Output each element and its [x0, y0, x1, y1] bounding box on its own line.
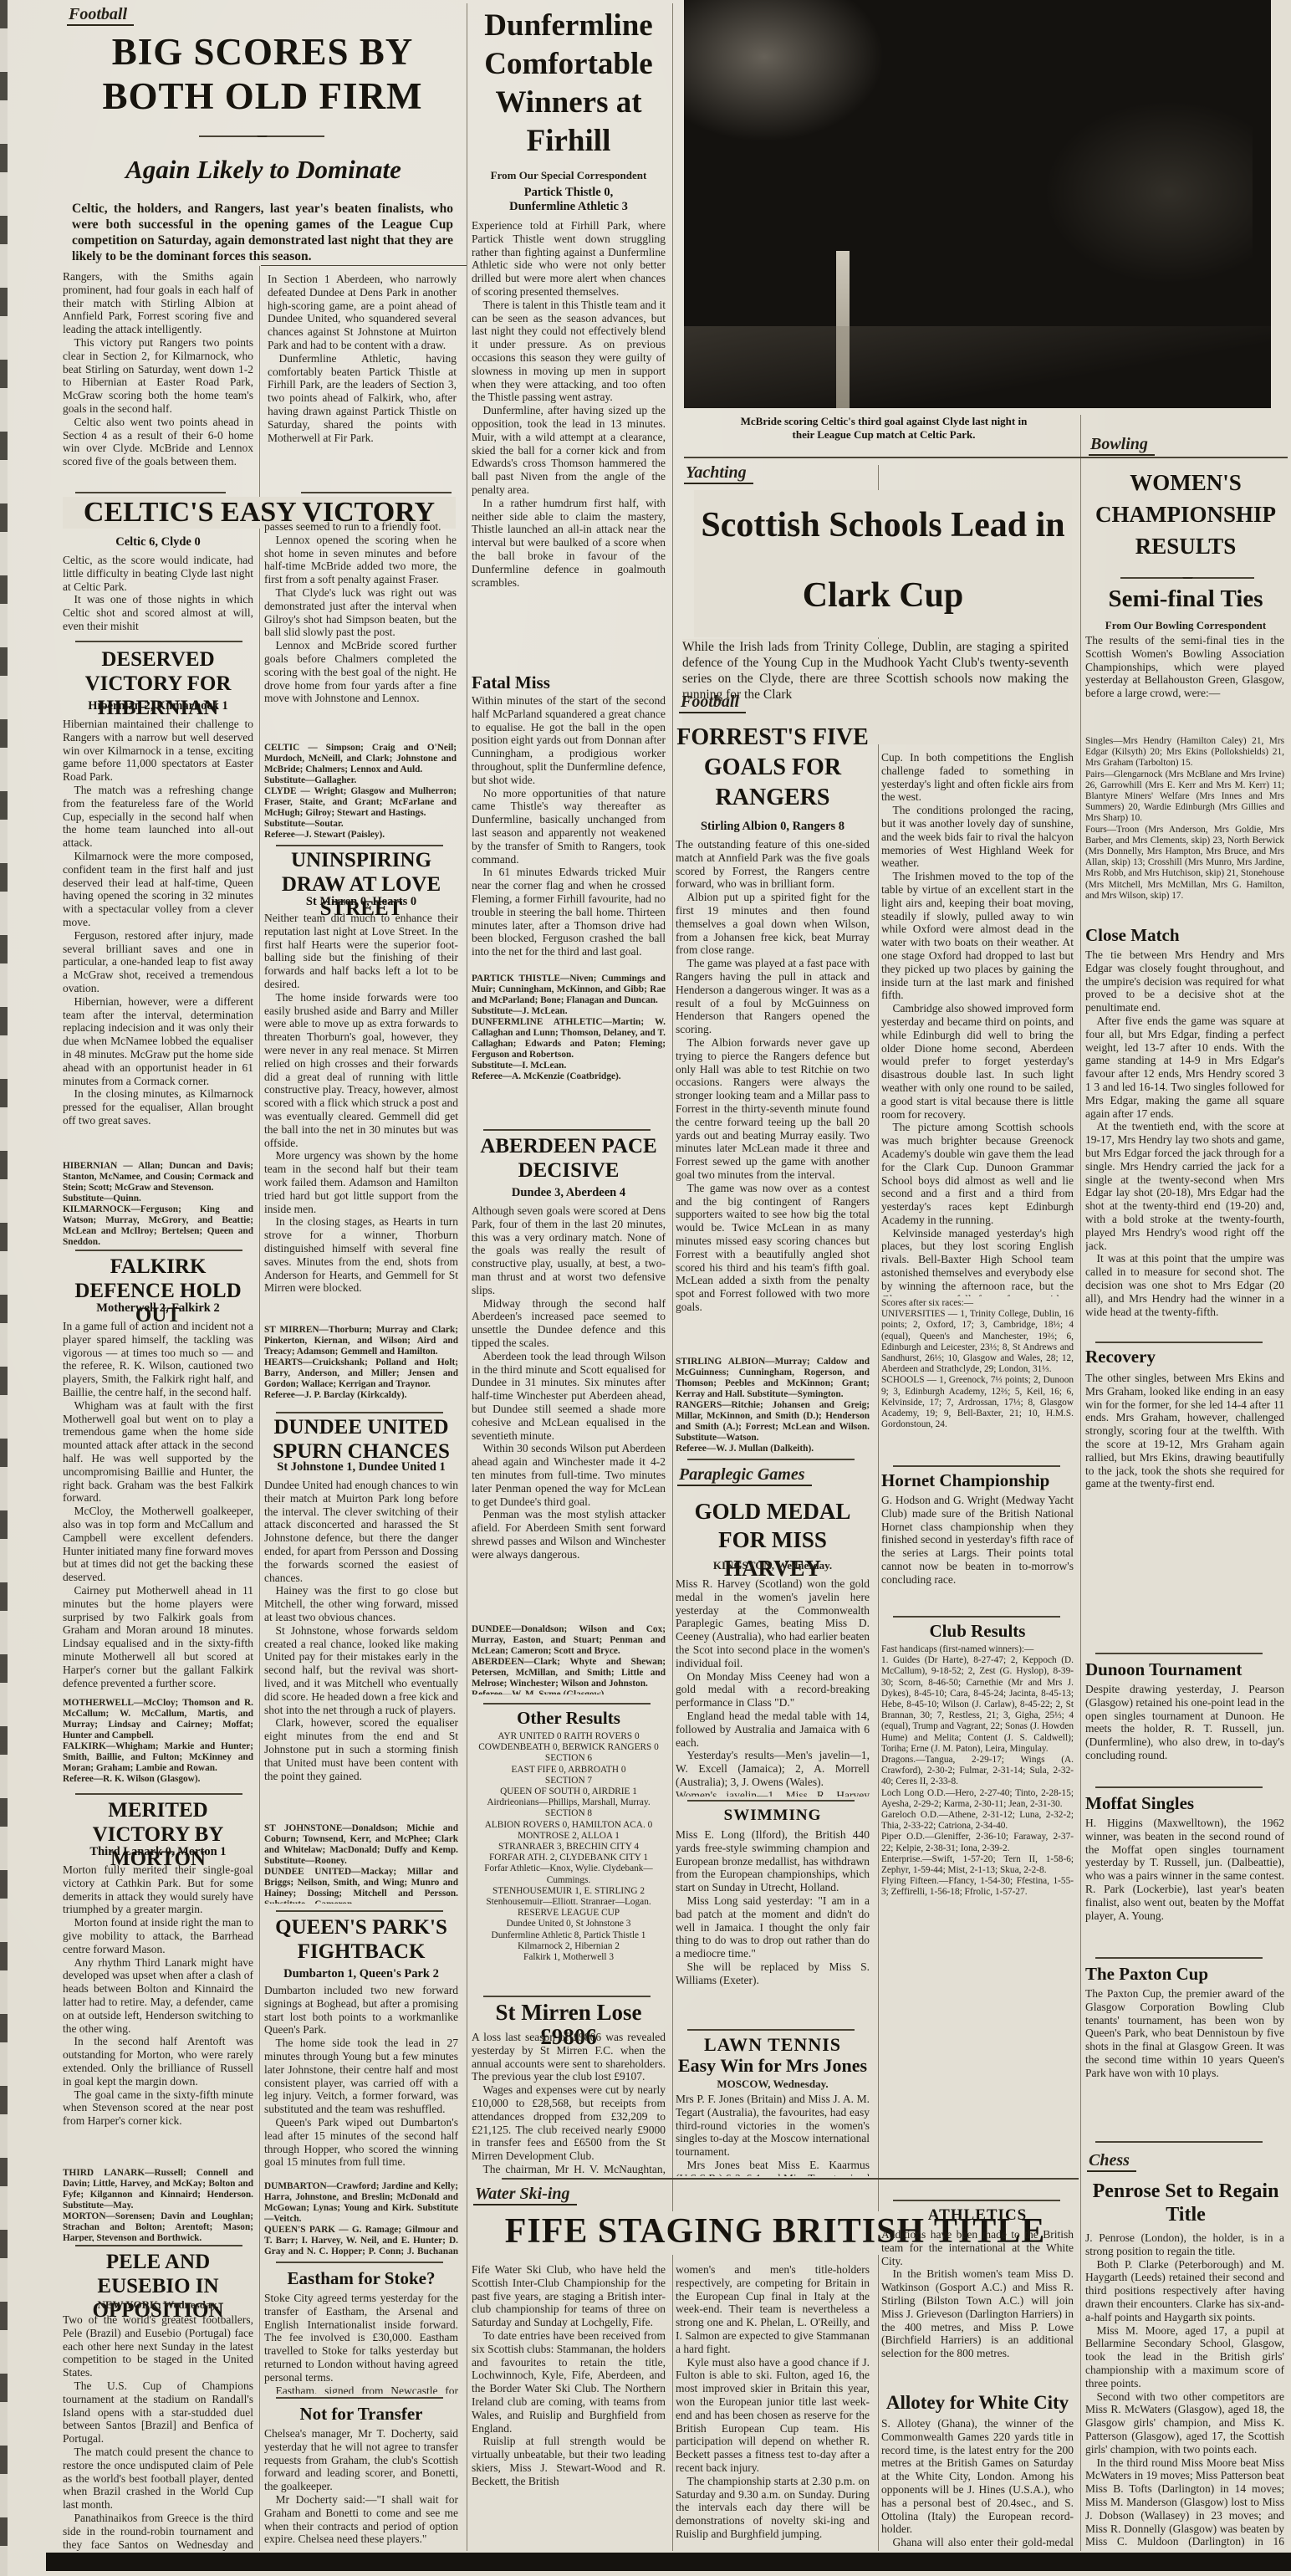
fatal-miss-body: Within minutes of the start of the secon… [472, 694, 666, 970]
pele-dateline: NEW YORK, Wednesday. [63, 2298, 253, 2311]
separator-rule [1095, 1342, 1263, 1343]
column-rule [672, 3, 673, 2551]
separator-rule [483, 1129, 651, 1131]
celtic-col2: passes seemed to run to a friendly foot.… [264, 520, 457, 741]
kicker-label: Water Ski-ing [473, 2185, 577, 2205]
headline-rule [199, 135, 324, 137]
separator-rule [301, 492, 452, 493]
hornet-body: G. Hodson and G. Wright (Medway Yacht Cl… [881, 1494, 1074, 1613]
not-for-transfer-body: Chelsea's manager, Mr T. Docherty, said … [264, 2427, 458, 2546]
lead-headline: BIG SCORES BY BOTH OLD FIRM CLUBS [59, 30, 467, 124]
separator-rule [276, 1412, 443, 1413]
kicker-label: Paraplegic Games [677, 1465, 812, 1486]
section-kicker-football: Football [67, 5, 134, 26]
queens-park-team-lists: DUMBARTON—Crawford; Jardine and Kelly; H… [264, 2181, 458, 2258]
bowling-headline: WOMEN'S CHAMPIONSHIP RESULTS [1084, 467, 1288, 562]
yachting-standings: Scores after six races:— UNIVERSITIES — … [881, 1298, 1074, 1462]
athletics-body: Additions have been made to the British … [881, 2228, 1074, 2385]
separator-rule [75, 1793, 242, 1795]
dunfermline-body: Experience told at Firhill Park, where P… [472, 219, 666, 669]
club-results-list: Fast handicaps (first-named winners):— 1… [881, 1644, 1074, 2195]
photo-caption: McBride scoring Celtic's third goal agai… [687, 415, 1080, 442]
lead-column-2: In Section 1 Aberdeen, who narrowly defe… [268, 273, 457, 490]
column-rule [259, 266, 260, 2551]
fatal-miss-heading: Fatal Miss [472, 672, 666, 693]
separator-rule [687, 1459, 855, 1460]
celtic-score: Celtic 6, Clyde 0 [63, 535, 253, 549]
dunfermline-byline: From Our Special Correspondent [472, 169, 666, 181]
stmirren-headline: UNINSPIRING DRAW AT LOVE STREET [264, 848, 458, 921]
dunfermline-headline: Dunfermline Comfortable Winners at Firhi… [473, 7, 664, 164]
kicker-label: Football [67, 5, 134, 26]
section-kicker-paraplegic: Paraplegic Games [677, 1465, 812, 1486]
lead-subhead: Again Likely to Dominate [71, 156, 456, 184]
bowling-results: Singles—Mrs Hendry (Hamilton Caley) 21, … [1085, 736, 1284, 923]
separator-rule [1095, 1786, 1263, 1788]
separator-rule [483, 1703, 651, 1705]
gold-medal-dateline: KINGSTON, Wednesday. [676, 1559, 870, 1572]
tennis-headline: Easy Win for Mrs Jones [676, 2056, 870, 2076]
photo-players [1044, 100, 1253, 284]
paxton-heading: The Paxton Cup [1085, 1964, 1284, 1984]
separator-rule [893, 1465, 1060, 1467]
recovery-heading: Recovery [1085, 1347, 1284, 1367]
eastham-body: Stoke City agreed terms yesterday for th… [264, 2292, 458, 2394]
lawn-tennis-heading: LAWN TENNIS [676, 2036, 870, 2054]
falkirk-headline: FALKIRK DEFENCE HOLD OUT [63, 1255, 253, 1327]
photo-pitch [684, 326, 1271, 408]
separator-rule [75, 2245, 242, 2246]
chess-headline: Penrose Set to Regain Title [1084, 2180, 1288, 2226]
separator-rule [75, 641, 242, 642]
kicker-label: Football [679, 693, 746, 713]
separator-rule [687, 2029, 855, 2031]
aberdeen-body: Although seven goals were scored at Dens… [472, 1204, 666, 1623]
morton-body: Morton fully merited their single-goal v… [63, 1863, 253, 2166]
dundee-utd-headline: DUNDEE UNITED SPURN CHANCES [264, 1415, 458, 1464]
separator-rule [276, 845, 443, 846]
not-for-transfer-headline: Not for Transfer [264, 2404, 458, 2424]
box-rule [261, 265, 467, 266]
dundee-utd-score: St Johnstone 1, Dundee United 1 [264, 1460, 458, 1475]
lead-column-1: Rangers, with the Smiths again prominent… [63, 270, 253, 489]
stmirren-team-lists: ST MIRREN—Thorburn; Murray and Clark; Pi… [264, 1325, 458, 1410]
eastham-headline: Eastham for Stoke? [264, 2268, 458, 2288]
newspaper-page: Football BIG SCORES BY BOTH OLD FIRM CLU… [0, 0, 1291, 2576]
allotey-headline: Allotey for White City [881, 2392, 1074, 2413]
bowling-subhead: Semi-final Ties [1084, 587, 1288, 611]
waterski-col1: Fife Water Ski Club, who have held the S… [472, 2263, 666, 2551]
morton-team-lists: THIRD LANARK—Russell; Connell and Davin;… [63, 2168, 253, 2241]
tennis-body: Mrs P. F. Jones (Britain) and Miss J. A.… [676, 2093, 870, 2176]
diamond-ornament [257, 135, 268, 137]
aberdeen-team-lists: DUNDEE—Donaldson; Wilson and Cox; Murray… [472, 1624, 666, 1694]
falkirk-score: Motherwell 2, Falkirk 2 [63, 1301, 253, 1316]
section-kicker-chess: Chess [1087, 2151, 1136, 2172]
gold-medal-body: Miss R. Harvey (Scotland) won the gold m… [676, 1577, 870, 1797]
close-match-body: The tie between Mrs Hendry and Mrs Edgar… [1085, 948, 1284, 1338]
recovery-body: The other singles, between Mrs Ekins and… [1085, 1372, 1284, 1648]
bowling-intro: The results of the semi-final ties in th… [1085, 634, 1284, 734]
allotey-body: S. Allotey (Ghana), the winner of the Co… [881, 2417, 1074, 2551]
forrest-headline: FORREST'S FIVE GOALS FOR RANGERS [676, 723, 870, 813]
morton-headline: MERITED VICTORY BY MORTON [63, 1798, 253, 1871]
falkirk-body: In a game full of action and incident no… [63, 1320, 253, 1696]
athletics-heading: ATHLETICS [881, 2206, 1074, 2225]
dunoon-body: Despite drawing yesterday, J. Pearson (G… [1085, 1683, 1284, 1775]
celtic-col1: Celtic, as the score would indicate, had… [63, 554, 253, 637]
separator-rule [893, 2200, 1060, 2201]
close-match-heading: Close Match [1085, 925, 1284, 945]
column-rule [1080, 415, 1081, 2551]
dunoon-heading: Dunoon Tournament [1085, 1659, 1284, 1679]
diamond-ornament [1182, 577, 1193, 579]
yachting-column: Cup. In both competitions the English ch… [881, 751, 1074, 1296]
separator-rule [75, 492, 226, 493]
falkirk-team-lists: MOTHERWELL—McCloy; Thomson and R. McCall… [63, 1698, 253, 1790]
lead-intro: Celtic, the holders, and Rangers, last y… [72, 201, 453, 266]
hornet-heading: Hornet Championship [881, 1470, 1074, 1490]
pele-headline: PELE AND EUSEBIO IN OPPOSITION [63, 2250, 253, 2323]
swimming-heading: SWIMMING [676, 1807, 870, 1825]
section-kicker-water-skiing: Water Ski-ing [473, 2185, 577, 2205]
separator-rule [276, 1910, 443, 1912]
dundee-utd-body: Dundee United had enough chances to win … [264, 1479, 458, 1822]
forrest-body: The outstanding feature of this one-side… [676, 838, 870, 1355]
queens-park-body: Dumbarton included two new forward signi… [264, 1984, 458, 2180]
kicker-label: Yachting [684, 463, 753, 484]
stmirren-body: Neither team did much to enhance their r… [264, 912, 458, 1323]
hibernian-team-lists: HIBERNIAN — Allan; Duncan and Davis; Sta… [63, 1161, 253, 1248]
pele-body: Two of the world's greatest footballers,… [63, 2313, 253, 2553]
other-results-heading: Other Results [472, 1708, 666, 1728]
hibernian-score: Hibernian 2, Kilmarnock 1 [63, 699, 253, 713]
moffat-body: H. Higgins (Maxwelltown), the 1962 winne… [1085, 1817, 1284, 1934]
match-photograph [684, 0, 1271, 408]
kicker-label: Chess [1087, 2151, 1136, 2172]
moffat-heading: Moffat Singles [1085, 1793, 1284, 1813]
separator-rule [276, 2397, 443, 2399]
separator-rule [1095, 1957, 1263, 1959]
separator-rule [75, 1250, 242, 1251]
celtic-team-lists: CELTIC — Simpson; Craig and O'Neil; Murd… [264, 743, 457, 845]
separator-rule [276, 2262, 443, 2263]
separator-rule [483, 1996, 651, 1997]
queens-park-headline: QUEEN'S PARK'S FIGHTBACK [264, 1915, 458, 1964]
chess-body: J. Penrose (London), the holder, is in a… [1085, 2231, 1284, 2551]
morton-score: Third Lanark 0, Morton 1 [63, 1845, 253, 1859]
dundee-utd-team-lists: ST JOHNSTONE—Donaldson; Michie and Cobur… [264, 1823, 458, 1904]
dunfermline-score: Partick Thistle 0, Dunfermline Athletic … [472, 186, 666, 214]
paxton-body: The Paxton Cup, the premier award of the… [1085, 1987, 1284, 2096]
queens-park-score: Dumbarton 1, Queen's Park 2 [264, 1967, 458, 1981]
section-kicker-bowling: Bowling [1089, 435, 1155, 456]
section-kicker-football-2: Football [679, 693, 746, 713]
section-kicker-yachting: Yachting [684, 463, 753, 484]
hibernian-body: Hibernian maintained their challenge to … [63, 718, 253, 1159]
aberdeen-score: Dundee 3, Aberdeen 4 [472, 1186, 666, 1200]
section-rule [684, 457, 1288, 458]
separator-rule [1095, 1653, 1263, 1654]
headline-rule-2 [1120, 577, 1254, 579]
scan-edge-bottom [46, 2553, 1291, 2571]
column-rule [467, 3, 467, 2551]
aberdeen-headline: ABERDEEN PACE DECISIVE [472, 1134, 666, 1183]
separator-rule [1095, 2141, 1263, 2143]
club-results-heading: Club Results [881, 1621, 1074, 1641]
swimming-body: Miss E. Long (Ilford), the British 440 y… [676, 1828, 870, 2026]
stmirren-loss-body: A loss last season of £9806 was revealed… [472, 2031, 666, 2175]
dunfermline-team-lists: PARTICK THISTLE—Niven; Cummings and Muir… [472, 974, 666, 1122]
bowling-byline: From Our Bowling Correspondent [1084, 619, 1288, 631]
separator-rule [687, 1800, 855, 1802]
yachting-headline: Scottish Schools Lead in Clark Cup [694, 490, 1072, 637]
scan-edge-left [0, 0, 8, 2576]
stmirren-score: St Mirren 0, Hearts 0 [264, 895, 458, 909]
kicker-label: Bowling [1089, 435, 1155, 456]
tennis-dateline: MOSCOW, Wednesday. [676, 2078, 870, 2090]
separator-rule [893, 1616, 1060, 1618]
waterski-col2: women's and men's title-holders respecti… [676, 2263, 870, 2551]
forrest-score: Stirling Albion 0, Rangers 8 [676, 820, 870, 834]
forrest-team-lists: STIRLING ALBION—Murray; Caldow and McGui… [676, 1357, 870, 1455]
other-results-list: AYR UNITED 0 RAITH ROVERS 0 COWDENBEATH … [472, 1731, 666, 1991]
photo-highlight [684, 0, 885, 142]
